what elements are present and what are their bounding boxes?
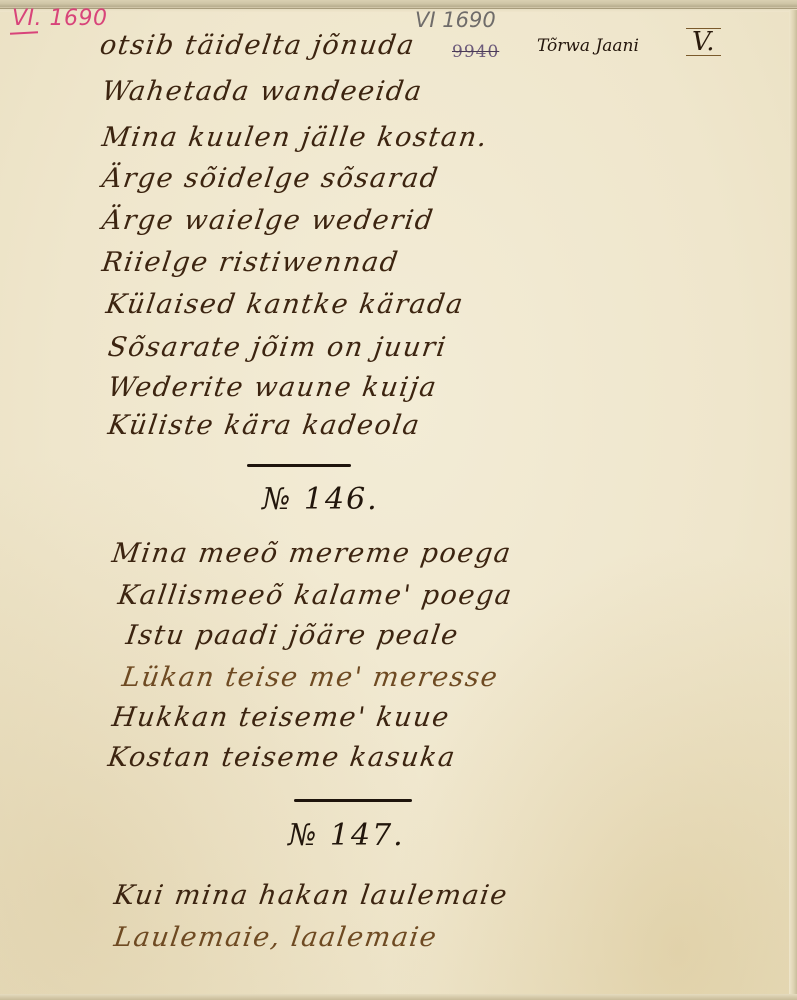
verse-line: Külaised kantke kärada [104,289,466,320]
page-bottom-edge [0,994,797,1000]
archive-mark-underline [10,31,38,34]
verse-line: Ärge sõidelge sõsarad [100,163,441,194]
verse-line: Kui mina hakan laulemaie [112,880,510,911]
manuscript-page: VI. 1690 VI 1690 9940 Tõrwa Jaani V. ots… [0,0,797,1000]
archive-mark-pencil: VI 1690 [415,8,496,32]
collector-name: Tõrwa Jaani [537,36,639,56]
verse-line: Sõsarate jõim on juuri [106,332,449,363]
page-top-edge [0,0,797,12]
song-number: № 146. [262,482,379,517]
verse-line: Riielge ristiwennad [100,247,401,278]
verse-line: Ärge waielge wederid [100,205,436,236]
verse-line: Kostan teiseme kasuka [106,742,458,773]
archive-mark-pink: VI. 1690 [12,6,108,34]
song-number: № 147. [288,818,405,853]
struck-old-number: 9940 [452,42,499,62]
verse-line: Küliste kära kadeola [106,410,423,441]
volume-number: V. [686,28,721,56]
verse-line: Hukkan teiseme' kuue [110,702,452,733]
archive-mark-pink-text: VI. 1690 [12,6,108,31]
verse-line: otsib täidelta jõnuda [98,30,417,61]
verse-line: Wahetada wandeeida [100,76,425,107]
verse-line: Wederite waune kuija [106,372,440,403]
verse-line: Laulemaie, laalemaie [112,922,440,953]
verse-line: Mina kuulen jälle kostan. [100,122,490,153]
verse-line: Istu paadi jõäre peale [124,620,461,651]
verse-line: Lükan teise me' meresse [120,662,501,693]
page-right-edge [789,10,797,1000]
section-divider [247,464,351,467]
verse-line: Mina meeõ mereme poega [110,538,514,569]
verse-line: Kallismeeõ kalame' poega [116,580,515,611]
section-divider [294,799,412,802]
